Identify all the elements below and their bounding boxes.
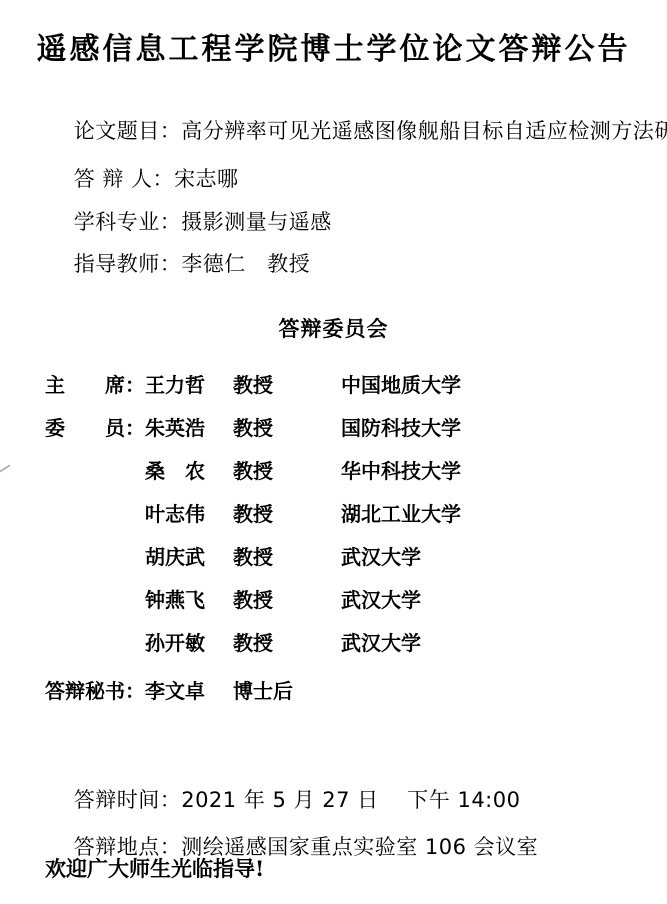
committee-role [45, 546, 145, 569]
thesis-title-value: 高分辨率可见光遥感图像舰船目标自适应检测方法研究 [181, 119, 667, 143]
defense-time-value: 2021 年 5 月 27 日 下午 14:00 [181, 788, 520, 812]
page-title: 遥感信息工程学院博士学位论文答辩公告 [0, 24, 667, 68]
committee-member-title: 教授 [233, 417, 341, 440]
secretary-title: 博士后 [233, 680, 341, 703]
committee-role [45, 589, 145, 612]
committee-member-name: 钟燕飞 [145, 589, 233, 612]
secretary-role: 答辩秘书： [45, 680, 145, 703]
committee-member-title: 教授 [233, 374, 341, 397]
defense-announcement-document: 遥感信息工程学院博士学位论文答辩公告 论文题目：高分辨率可见光遥感图像舰船目标自… [0, 0, 667, 904]
committee-row-member: 胡庆武 教授 武汉大学 [45, 546, 421, 569]
committee-member-name: 桑 农 [145, 460, 233, 483]
committee-member-title: 教授 [233, 460, 341, 483]
defense-time-label: 答辩时间： [74, 788, 182, 812]
committee-member-title: 教授 [233, 632, 341, 655]
supervisor-row: 指导教师：李德仁 教授 [45, 228, 310, 300]
thesis-title-label: 论文题目： [74, 119, 182, 143]
committee-row-member: 叶志伟 教授 湖北工业大学 [45, 503, 461, 526]
committee-member-affiliation: 中国地质大学 [341, 374, 461, 397]
committee-member-affiliation: 华中科技大学 [341, 460, 461, 483]
committee-member-affiliation: 武汉大学 [341, 632, 421, 655]
supervisor-label: 指导教师： [74, 252, 182, 276]
committee-member-title: 教授 [233, 589, 341, 612]
committee-role [45, 503, 145, 526]
committee-member-affiliation: 武汉大学 [341, 546, 421, 569]
committee-row-member: 钟燕飞 教授 武汉大学 [45, 589, 421, 612]
committee-heading: 答辩委员会 [0, 313, 667, 343]
committee-row-secretary: 答辩秘书： 李文卓 博士后 [45, 680, 341, 703]
stray-scan-artifact [0, 464, 10, 473]
committee-member-title: 教授 [233, 503, 341, 526]
committee-role [45, 632, 145, 655]
committee-row-member: 委 员： 朱英浩 教授 国防科技大学 [45, 417, 461, 440]
committee-role [45, 460, 145, 483]
committee-role: 委 员： [45, 417, 145, 440]
committee-member-name: 孙开敏 [145, 632, 233, 655]
committee-member-affiliation: 国防科技大学 [341, 417, 461, 440]
committee-member-affiliation: 湖北工业大学 [341, 503, 461, 526]
supervisor-value: 李德仁 教授 [181, 252, 310, 276]
committee-row-chair: 主 席： 王力哲 教授 中国地质大学 [45, 374, 461, 397]
committee-member-name: 朱英浩 [145, 417, 233, 440]
committee-row-member: 桑 农 教授 华中科技大学 [45, 460, 461, 483]
committee-member-title: 教授 [233, 546, 341, 569]
committee-member-name: 王力哲 [145, 374, 233, 397]
committee-role: 主 席： [45, 374, 145, 397]
committee-member-name: 叶志伟 [145, 503, 233, 526]
secretary-name: 李文卓 [145, 680, 233, 703]
welcome-message: 欢迎广大师生光临指导! [45, 853, 264, 883]
committee-member-name: 胡庆武 [145, 546, 233, 569]
committee-member-affiliation: 武汉大学 [341, 589, 421, 612]
committee-row-member: 孙开敏 教授 武汉大学 [45, 632, 421, 655]
